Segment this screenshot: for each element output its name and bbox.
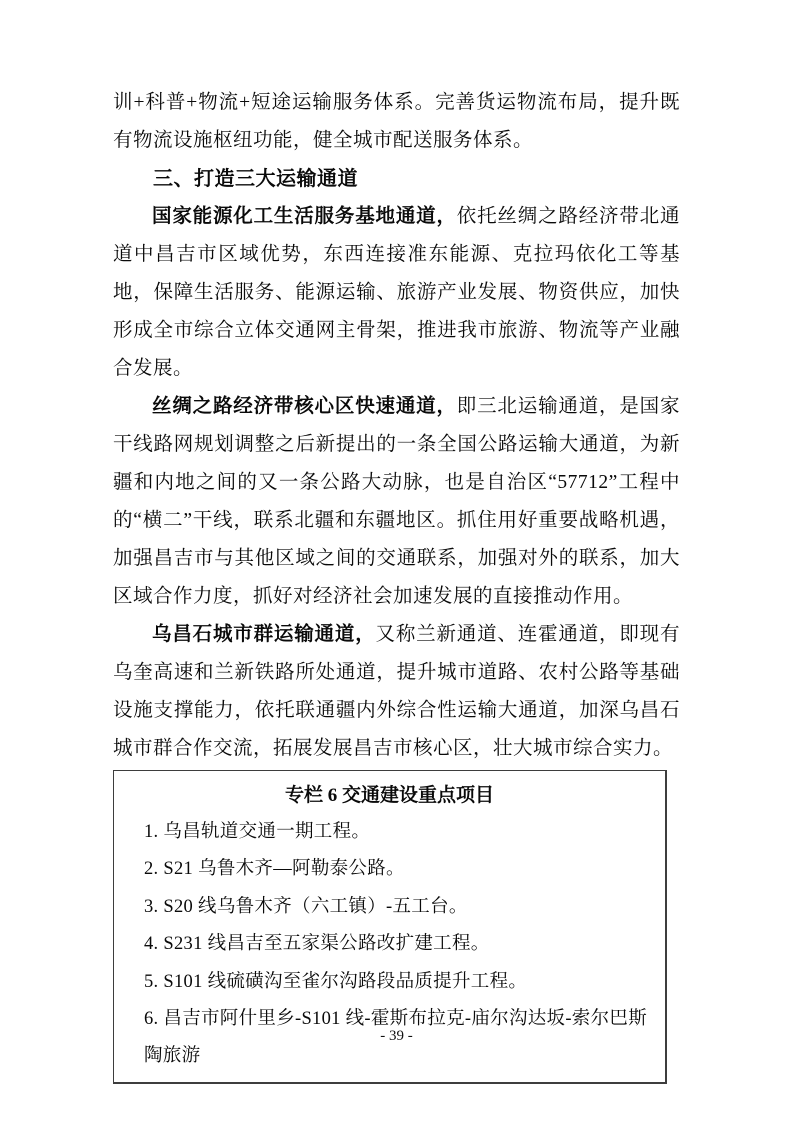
paragraph-channel-2: 丝绸之路经济带核心区快速通道，即三北运输通道，是国家干线路网规划调整之后新提出的… [113,388,680,616]
project-item: 4. S231 线昌吉至五家渠公路改扩建工程。 [144,926,649,963]
paragraph-lead-2: 丝绸之路经济带核心区快速通道， [152,396,457,417]
body-text-block: 训+科普+物流+短途运输服务体系。完善货运物流布局，提升既有物流设施枢纽功能，健… [113,84,680,768]
paragraph-continuation: 训+科普+物流+短途运输服务体系。完善货运物流布局，提升既有物流设施枢纽功能，健… [113,84,680,160]
project-item: 1. 乌昌轨道交通一期工程。 [144,814,649,851]
page-number: - 39 - [0,1026,793,1046]
paragraph-body-2: 即三北运输通道，是国家干线路网规划调整之后新提出的一条全国公路运输大通道，为新疆… [113,396,680,607]
document-page: { "content": { "para_continuation": "训+科… [0,0,793,1122]
paragraph-channel-1: 国家能源化工生活服务基地通道，依托丝绸之路经济带北通道中昌吉市区域优势，东西连接… [113,198,680,388]
project-item: 3. S20 线乌鲁木齐（六工镇）-五工台。 [144,889,649,926]
paragraph-body-1: 依托丝绸之路经济带北通道中昌吉市区域优势，东西连接准东能源、克拉玛依化工等基地，… [113,206,680,379]
page-content: 训+科普+物流+短途运输服务体系。完善货运物流布局，提升既有物流设施枢纽功能，健… [113,84,680,1084]
project-item: 2. S21 乌鲁木齐—阿勒泰公路。 [144,851,649,888]
project-item: 5. S101 线硫磺沟至雀尔沟路段品质提升工程。 [144,964,649,1001]
paragraph-lead-3: 乌昌石城市群运输通道， [152,624,376,645]
paragraph-channel-3: 乌昌石城市群运输通道，又称兰新通道、连霍通道，即现有乌奎高速和兰新铁路所处通道，… [113,616,680,768]
highlight-box-title: 专栏 6 交通建设重点项目 [130,778,649,814]
section-heading: 三、打造三大运输通道 [113,160,680,198]
paragraph-lead-1: 国家能源化工生活服务基地通道， [152,206,457,227]
